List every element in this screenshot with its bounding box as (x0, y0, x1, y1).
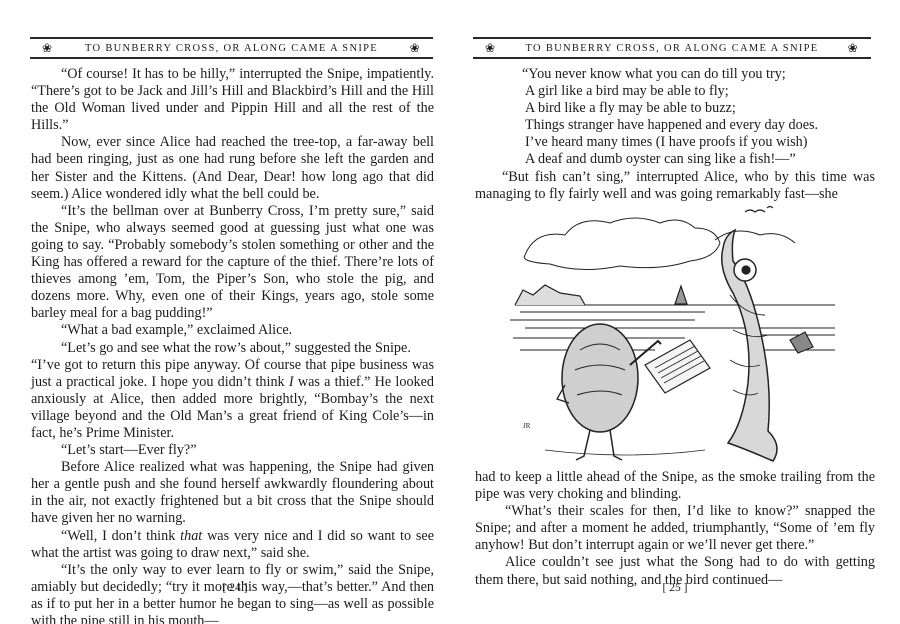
paragraph: “Let’s go and see what the row’s about,”… (31, 340, 434, 357)
body-text: had to keep a little ahead of the Snipe,… (475, 469, 875, 589)
paragraph: Now, ever since Alice had reached the tr… (31, 134, 434, 202)
body-text: “But fish can’t sing,” interrupted Alice… (475, 169, 875, 203)
running-head: ❀ TO BUNBERRY CROSS, OR ALONG CAME A SNI… (30, 37, 433, 59)
verse-line: A girl like a bird may be able to fly; (525, 83, 865, 100)
left-page: ❀ TO BUNBERRY CROSS, OR ALONG CAME A SNI… (0, 0, 450, 624)
fleuron-icon: ❀ (473, 41, 508, 56)
page-number: [ 25 ] (450, 582, 900, 594)
paragraph: “It’s the bellman over at Bunberry Cross… (31, 203, 434, 323)
running-head-title: TO BUNBERRY CROSS, OR ALONG CAME A SNIPE (508, 43, 835, 54)
italic-text: I (289, 374, 294, 390)
italic-text: that (180, 528, 202, 544)
song-verse: “You never know what you can do till you… (525, 66, 865, 169)
paragraph: “Of course! It has to be hilly,” interru… (31, 66, 434, 134)
verse-line: Things stranger have happened and every … (525, 117, 865, 134)
oyster-and-fish-illustration: JR (505, 200, 845, 462)
fleuron-icon: ❀ (836, 41, 871, 56)
paragraph: “But fish can’t sing,” interrupted Alice… (475, 169, 875, 203)
paragraph: “I’ve got to return this pipe anyway. Of… (31, 357, 434, 442)
paragraph: “What a bad example,” exclaimed Alice. (31, 322, 434, 339)
verse-line: A bird like a fly may be able to buzz; (525, 100, 865, 117)
body-text: “Of course! It has to be hilly,” interru… (31, 66, 434, 624)
running-head: ❀ TO BUNBERRY CROSS, OR ALONG CAME A SNI… (473, 37, 871, 59)
fleuron-icon: ❀ (398, 41, 433, 56)
text-span: “Well, I don’t think (61, 528, 175, 544)
verse-line: A deaf and dumb oyster can sing like a f… (525, 151, 865, 168)
paragraph: Before Alice realized what was happening… (31, 459, 434, 527)
artist-signature: JR (523, 422, 531, 430)
page-number: [ 24 ] (0, 582, 450, 594)
verse-line: I’ve heard many times (I have proofs if … (525, 134, 865, 151)
paragraph: “What’s their scales for then, I’d like … (475, 503, 875, 554)
running-head-title: TO BUNBERRY CROSS, OR ALONG CAME A SNIPE (65, 43, 397, 54)
paragraph: “Well, I don’t think that was very nice … (31, 528, 434, 562)
paragraph: “Let’s start—Ever fly?” (31, 442, 434, 459)
fleuron-icon: ❀ (30, 41, 65, 56)
verse-line: “You never know what you can do till you… (522, 66, 865, 83)
paragraph: had to keep a little ahead of the Snipe,… (475, 469, 875, 503)
